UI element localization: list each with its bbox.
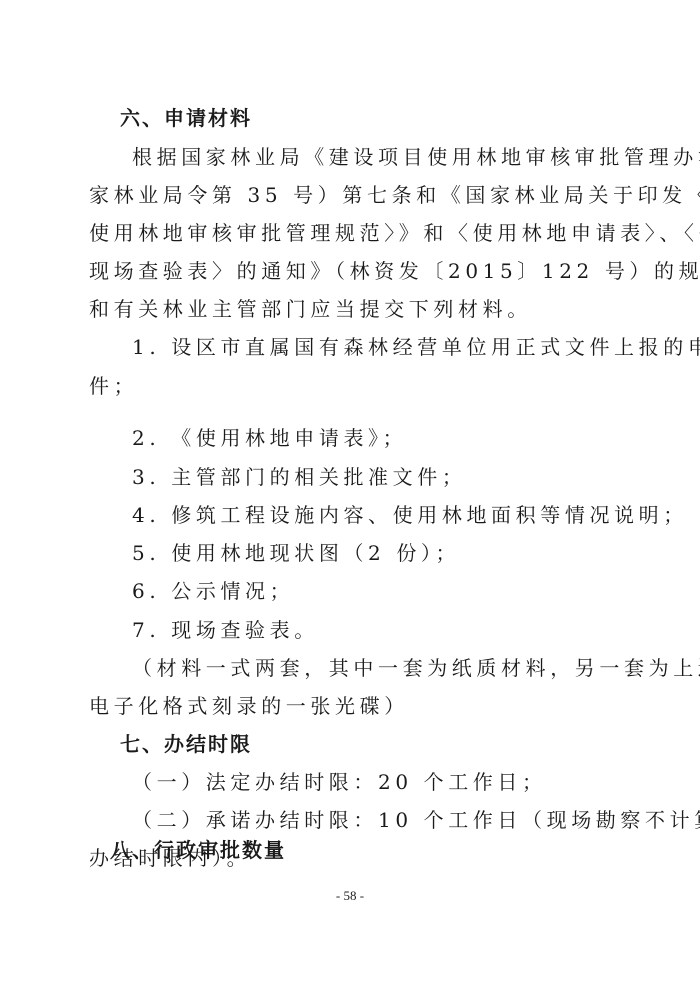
section-heading-8: 八、行政审批数量 — [110, 835, 634, 865]
list-item-6: 6. 公示情况； — [132, 576, 613, 606]
paragraph-line: 使用林地审核审批管理规范〉》和〈使用林地申请表〉、〈使用林地 — [89, 218, 613, 248]
paragraph-line: 家林业局令第 35 号）第七条和《国家林业局关于印发〈建设项日 — [89, 180, 613, 210]
section-heading-7: 七、办结时限 — [120, 729, 644, 759]
list-item-2: 2. 《使用林地申请表》； — [132, 423, 613, 453]
paragraph-line: 现场查验表〉的通知》（林资发〔2015〕122 号）的规定，申请人 — [89, 256, 613, 286]
list-item-4: 4. 修筑工程设施内容、使用林地面积等情况说明； — [132, 500, 613, 530]
time-limit-promised: （二）承诺办结时限：10 个工作日（现场勘察不计算在承诺 — [132, 805, 613, 835]
list-item-5: 5. 使用林地现状图（2 份）； — [132, 538, 613, 568]
materials-note-continued: 电子化格式刻录的一张光碟） — [89, 691, 613, 721]
paragraph-line: 和有关林业主管部门应当提交下列材料。 — [89, 294, 613, 324]
list-item-1-continued: 件； — [89, 371, 613, 401]
time-limit-statutory: （一）法定办结时限：20 个工作日； — [132, 767, 613, 797]
section-heading-6: 六、申请材料 — [120, 103, 644, 133]
list-item-1: 1. 设区市直属国有森林经营单位用正式文件上报的申请文 — [132, 332, 613, 362]
materials-note: （材料一式两套，其中一套为纸质材料，另一套为上述材料 — [132, 653, 613, 683]
list-item-3: 3. 主管部门的相关批准文件； — [132, 462, 613, 492]
page-number: - 58 - — [0, 888, 700, 904]
paragraph-line: 根据国家林业局《建设项目使用林地审核审批管理办法》（国 — [132, 142, 613, 172]
list-item-7: 7. 现场查验表。 — [132, 615, 613, 645]
